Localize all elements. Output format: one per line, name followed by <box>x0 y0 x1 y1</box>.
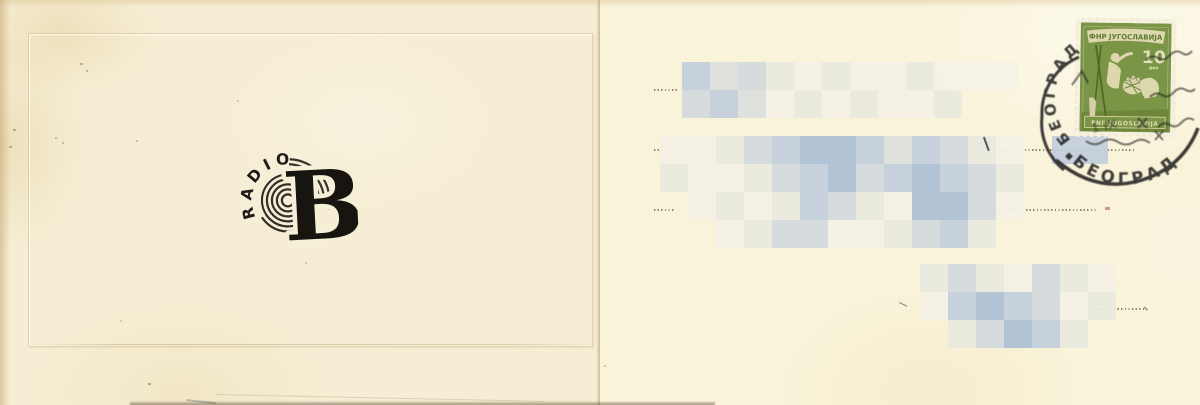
scan-edge-left <box>0 0 10 405</box>
scan-edge-top <box>0 0 1200 7</box>
postmark-star-icon <box>1065 152 1073 160</box>
postmark-cancel: БЕОГРАД БЕОГРАД 1 IX <box>980 30 1200 220</box>
postcard-left-half: B B RADIO <box>0 0 600 405</box>
horizontal-crease <box>30 344 598 345</box>
postmark-city-arc-text: БЕОГРАД <box>1040 38 1084 149</box>
cancel-wavy-lines <box>1072 51 1195 145</box>
postmark-city-bottom-text: БЕОГРАД <box>1069 150 1182 188</box>
postcard-scan: B B RADIO <box>0 0 1200 405</box>
scan-edge-bottom-shadow <box>130 401 715 405</box>
postmark-date-text: 1 IX <box>1090 117 1119 136</box>
radio-b-logo-stamp: B B RADIO <box>230 137 360 267</box>
